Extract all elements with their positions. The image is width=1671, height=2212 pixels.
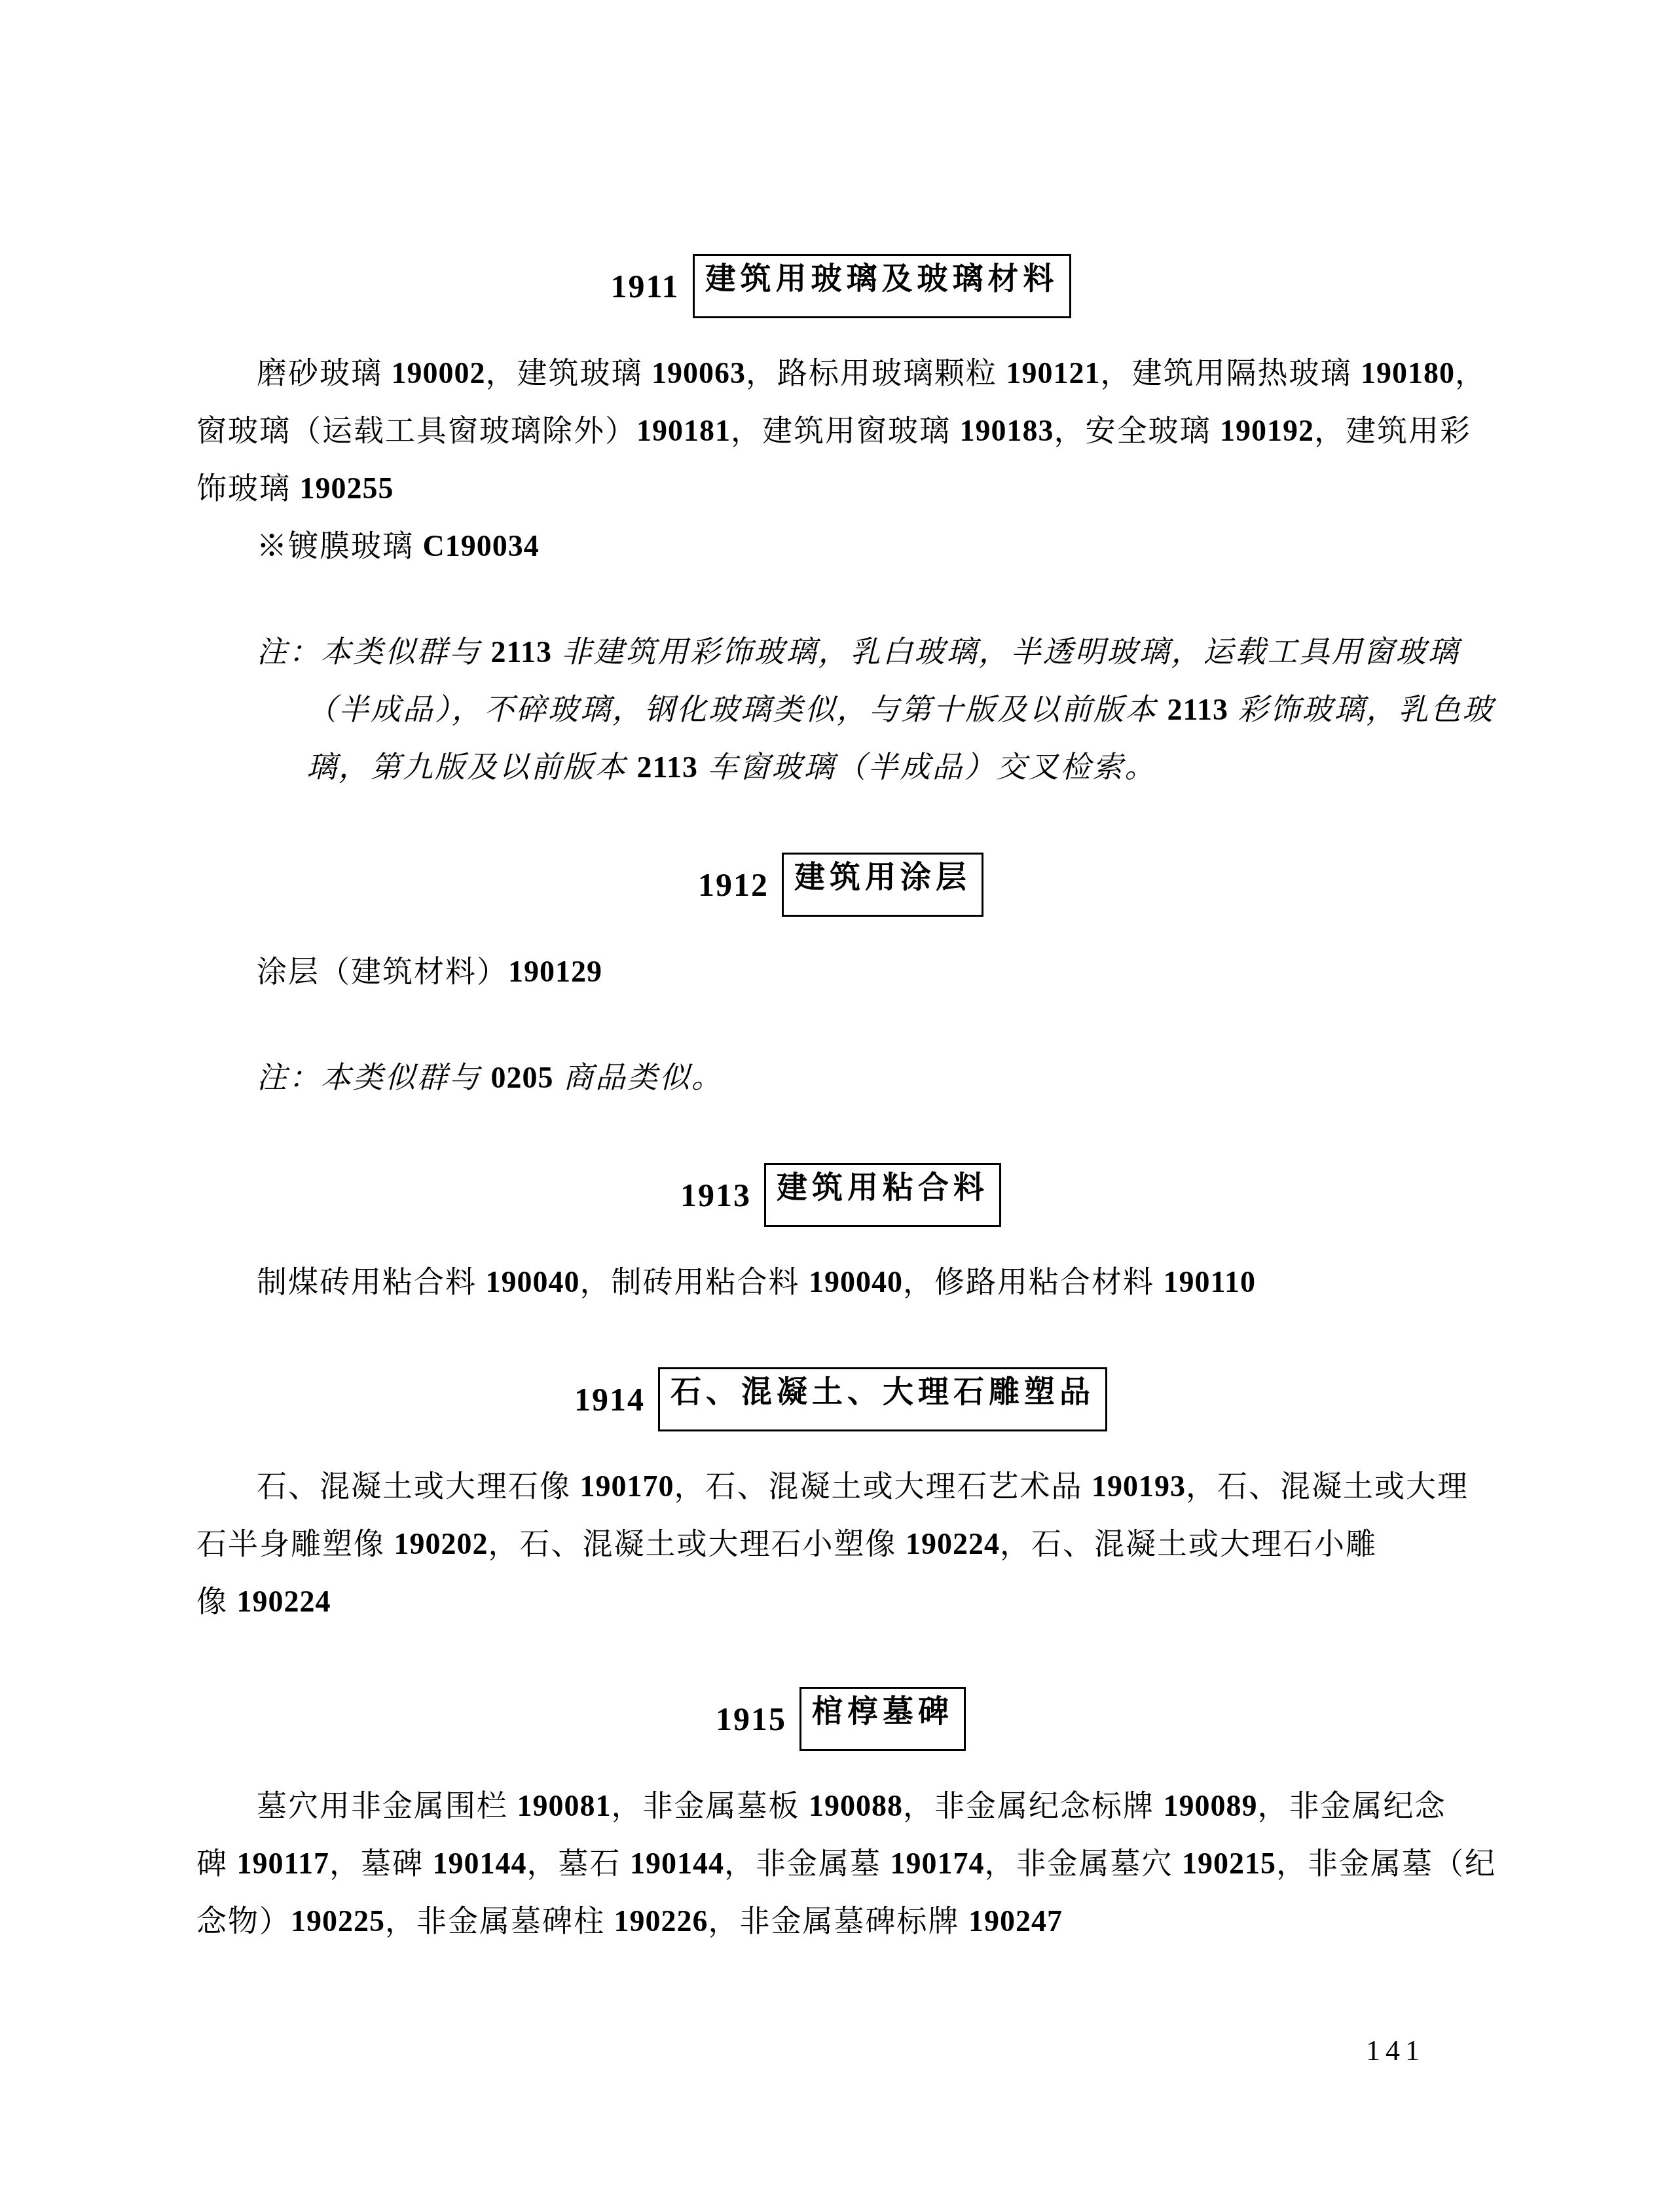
code-number: 190226 [614,1904,708,1938]
code-number: 190002 [392,356,486,390]
section-header: 1911建筑用玻璃及玻璃材料 [196,254,1485,318]
section-title: 建筑用玻璃及玻璃材料 [705,261,1059,295]
items-paragraph: 涂层（建筑材料）190129 [196,943,1485,1001]
code-number: 190224 [237,1585,331,1618]
section-title: 建筑用粘合料 [777,1170,989,1204]
code-number: 190129 [508,955,602,988]
section-code: 1913 [680,1177,751,1213]
text-line: 饰玻璃 190255 [196,460,1485,517]
text-line: 注：本类似群与 0205 商品类似。 [196,1049,1485,1107]
text-line: 像 190224 [196,1573,1485,1631]
section-title-box: 石、混凝土、大理石雕塑品 [658,1367,1107,1431]
classification-section: 1911建筑用玻璃及玻璃材料 磨砂玻璃 190002，建筑玻璃 190063，路… [196,254,1485,796]
text-line: 碑 190117，墓碑 190144，墓石 190144，非金属墓 190174… [196,1835,1485,1892]
code-number: 190225 [291,1904,385,1938]
code-number: 190202 [394,1527,488,1560]
items-paragraph: 石、混凝土或大理石像 190170，石、混凝土或大理石艺术品 190193，石、… [196,1458,1485,1631]
code-number: 190174 [890,1847,984,1880]
code-number: 190040 [809,1265,903,1299]
code-number: 190121 [1006,356,1101,390]
document-page: 1911建筑用玻璃及玻璃材料 磨砂玻璃 190002，建筑玻璃 190063，路… [0,0,1671,2212]
section-title-box: 建筑用涂层 [782,853,983,917]
section-title-box: 建筑用粘合料 [764,1163,1001,1227]
section-title-box: 棺椁墓碑 [799,1687,966,1751]
text-line: 窗玻璃（运载工具窗玻璃除外）190181，建筑用窗玻璃 190183，安全玻璃 … [196,402,1485,460]
text-line: 磨砂玻璃 190002，建筑玻璃 190063，路标用玻璃颗粒 190121，建… [196,344,1485,402]
code-number: 190183 [960,414,1054,447]
section-title: 石、混凝土、大理石雕塑品 [670,1374,1095,1409]
text-line: 制煤砖用粘合料 190040，制砖用粘合料 190040，修路用粘合材料 190… [196,1253,1485,1311]
text-line: ※镀膜玻璃 C190034 [196,517,1485,575]
items-paragraph: 制煤砖用粘合料 190040，制砖用粘合料 190040，修路用粘合材料 190… [196,1253,1485,1311]
code-number: 190081 [517,1789,612,1822]
text-line: 璃，第九版及以前版本 2113 车窗玻璃（半成品）交叉检索。 [196,739,1485,796]
code-number: 2113 [1167,693,1228,726]
text-line: 注：本类似群与 2113 非建筑用彩饰玻璃，乳白玻璃，半透明玻璃，运载工具用窗玻… [196,623,1485,681]
code-number: 190180 [1361,356,1455,390]
code-number: 190117 [237,1847,329,1880]
text-line: 墓穴用非金属围栏 190081，非金属墓板 190088，非金属纪念标牌 190… [196,1777,1485,1835]
section-code: 1915 [716,1701,786,1737]
section-title: 棺椁墓碑 [812,1693,953,1728]
text-line: （半成品），不碎玻璃，钢化玻璃类似，与第十版及以前版本 2113 彩饰玻璃，乳色… [196,681,1485,739]
code-number: 190215 [1182,1847,1276,1880]
code-number: 190224 [906,1527,1000,1560]
classification-section: 1913建筑用粘合料 制煤砖用粘合料 190040，制砖用粘合料 190040，… [196,1163,1485,1311]
code-number: 190089 [1164,1789,1258,1822]
code-number: 2113 [637,750,698,784]
code-number: 0205 [491,1061,554,1094]
page-content: 1911建筑用玻璃及玻璃材料 磨砂玻璃 190002，建筑玻璃 190063，路… [196,254,1485,1950]
section-header: 1912建筑用涂层 [196,853,1485,917]
text-line: 石、混凝土或大理石像 190170，石、混凝土或大理石艺术品 190193，石、… [196,1458,1485,1515]
code-number: 190255 [300,471,394,505]
code-number: C190034 [423,529,540,562]
code-number: 190193 [1092,1469,1186,1503]
classification-section: 1912建筑用涂层 涂层（建筑材料）190129 注：本类似群与 0205 商品… [196,853,1485,1107]
section-code: 1914 [574,1381,645,1418]
text-line: 涂层（建筑材料）190129 [196,943,1485,1001]
code-number: 190110 [1164,1265,1256,1299]
section-code: 1911 [610,268,679,304]
text-line: 石半身雕塑像 190202，石、混凝土或大理石小塑像 190224，石、混凝土或… [196,1515,1485,1573]
code-number: 190181 [636,414,731,447]
section-title: 建筑用涂层 [794,859,971,894]
code-number: 190040 [486,1265,580,1299]
code-number: 190144 [432,1847,526,1880]
code-number: 190063 [652,356,746,390]
section-header: 1914石、混凝土、大理石雕塑品 [196,1367,1485,1431]
code-number: 190247 [968,1904,1063,1938]
code-number: 190170 [580,1469,674,1503]
section-title-box: 建筑用玻璃及玻璃材料 [693,254,1071,318]
starred-paragraph: ※镀膜玻璃 C190034 [196,517,1485,575]
code-number: 2113 [491,635,552,669]
items-paragraph: 墓穴用非金属围栏 190081，非金属墓板 190088，非金属纪念标牌 190… [196,1777,1485,1950]
section-header: 1915棺椁墓碑 [196,1687,1485,1751]
code-number: 190144 [630,1847,724,1880]
classification-section: 1915棺椁墓碑 墓穴用非金属围栏 190081，非金属墓板 190088，非金… [196,1687,1485,1950]
code-number: 190192 [1220,414,1314,447]
classification-section: 1914石、混凝土、大理石雕塑品 石、混凝土或大理石像 190170，石、混凝土… [196,1367,1485,1631]
section-header: 1913建筑用粘合料 [196,1163,1485,1227]
note-paragraph: 注：本类似群与 2113 非建筑用彩饰玻璃，乳白玻璃，半透明玻璃，运载工具用窗玻… [196,623,1485,796]
code-number: 190088 [809,1789,903,1822]
page-number: 141 [1366,2034,1425,2068]
text-line: 念物）190225，非金属墓碑柱 190226，非金属墓碑标牌 190247 [196,1892,1485,1950]
section-code: 1912 [698,866,769,903]
items-paragraph: 磨砂玻璃 190002，建筑玻璃 190063，路标用玻璃颗粒 190121，建… [196,344,1485,517]
note-paragraph: 注：本类似群与 0205 商品类似。 [196,1049,1485,1107]
